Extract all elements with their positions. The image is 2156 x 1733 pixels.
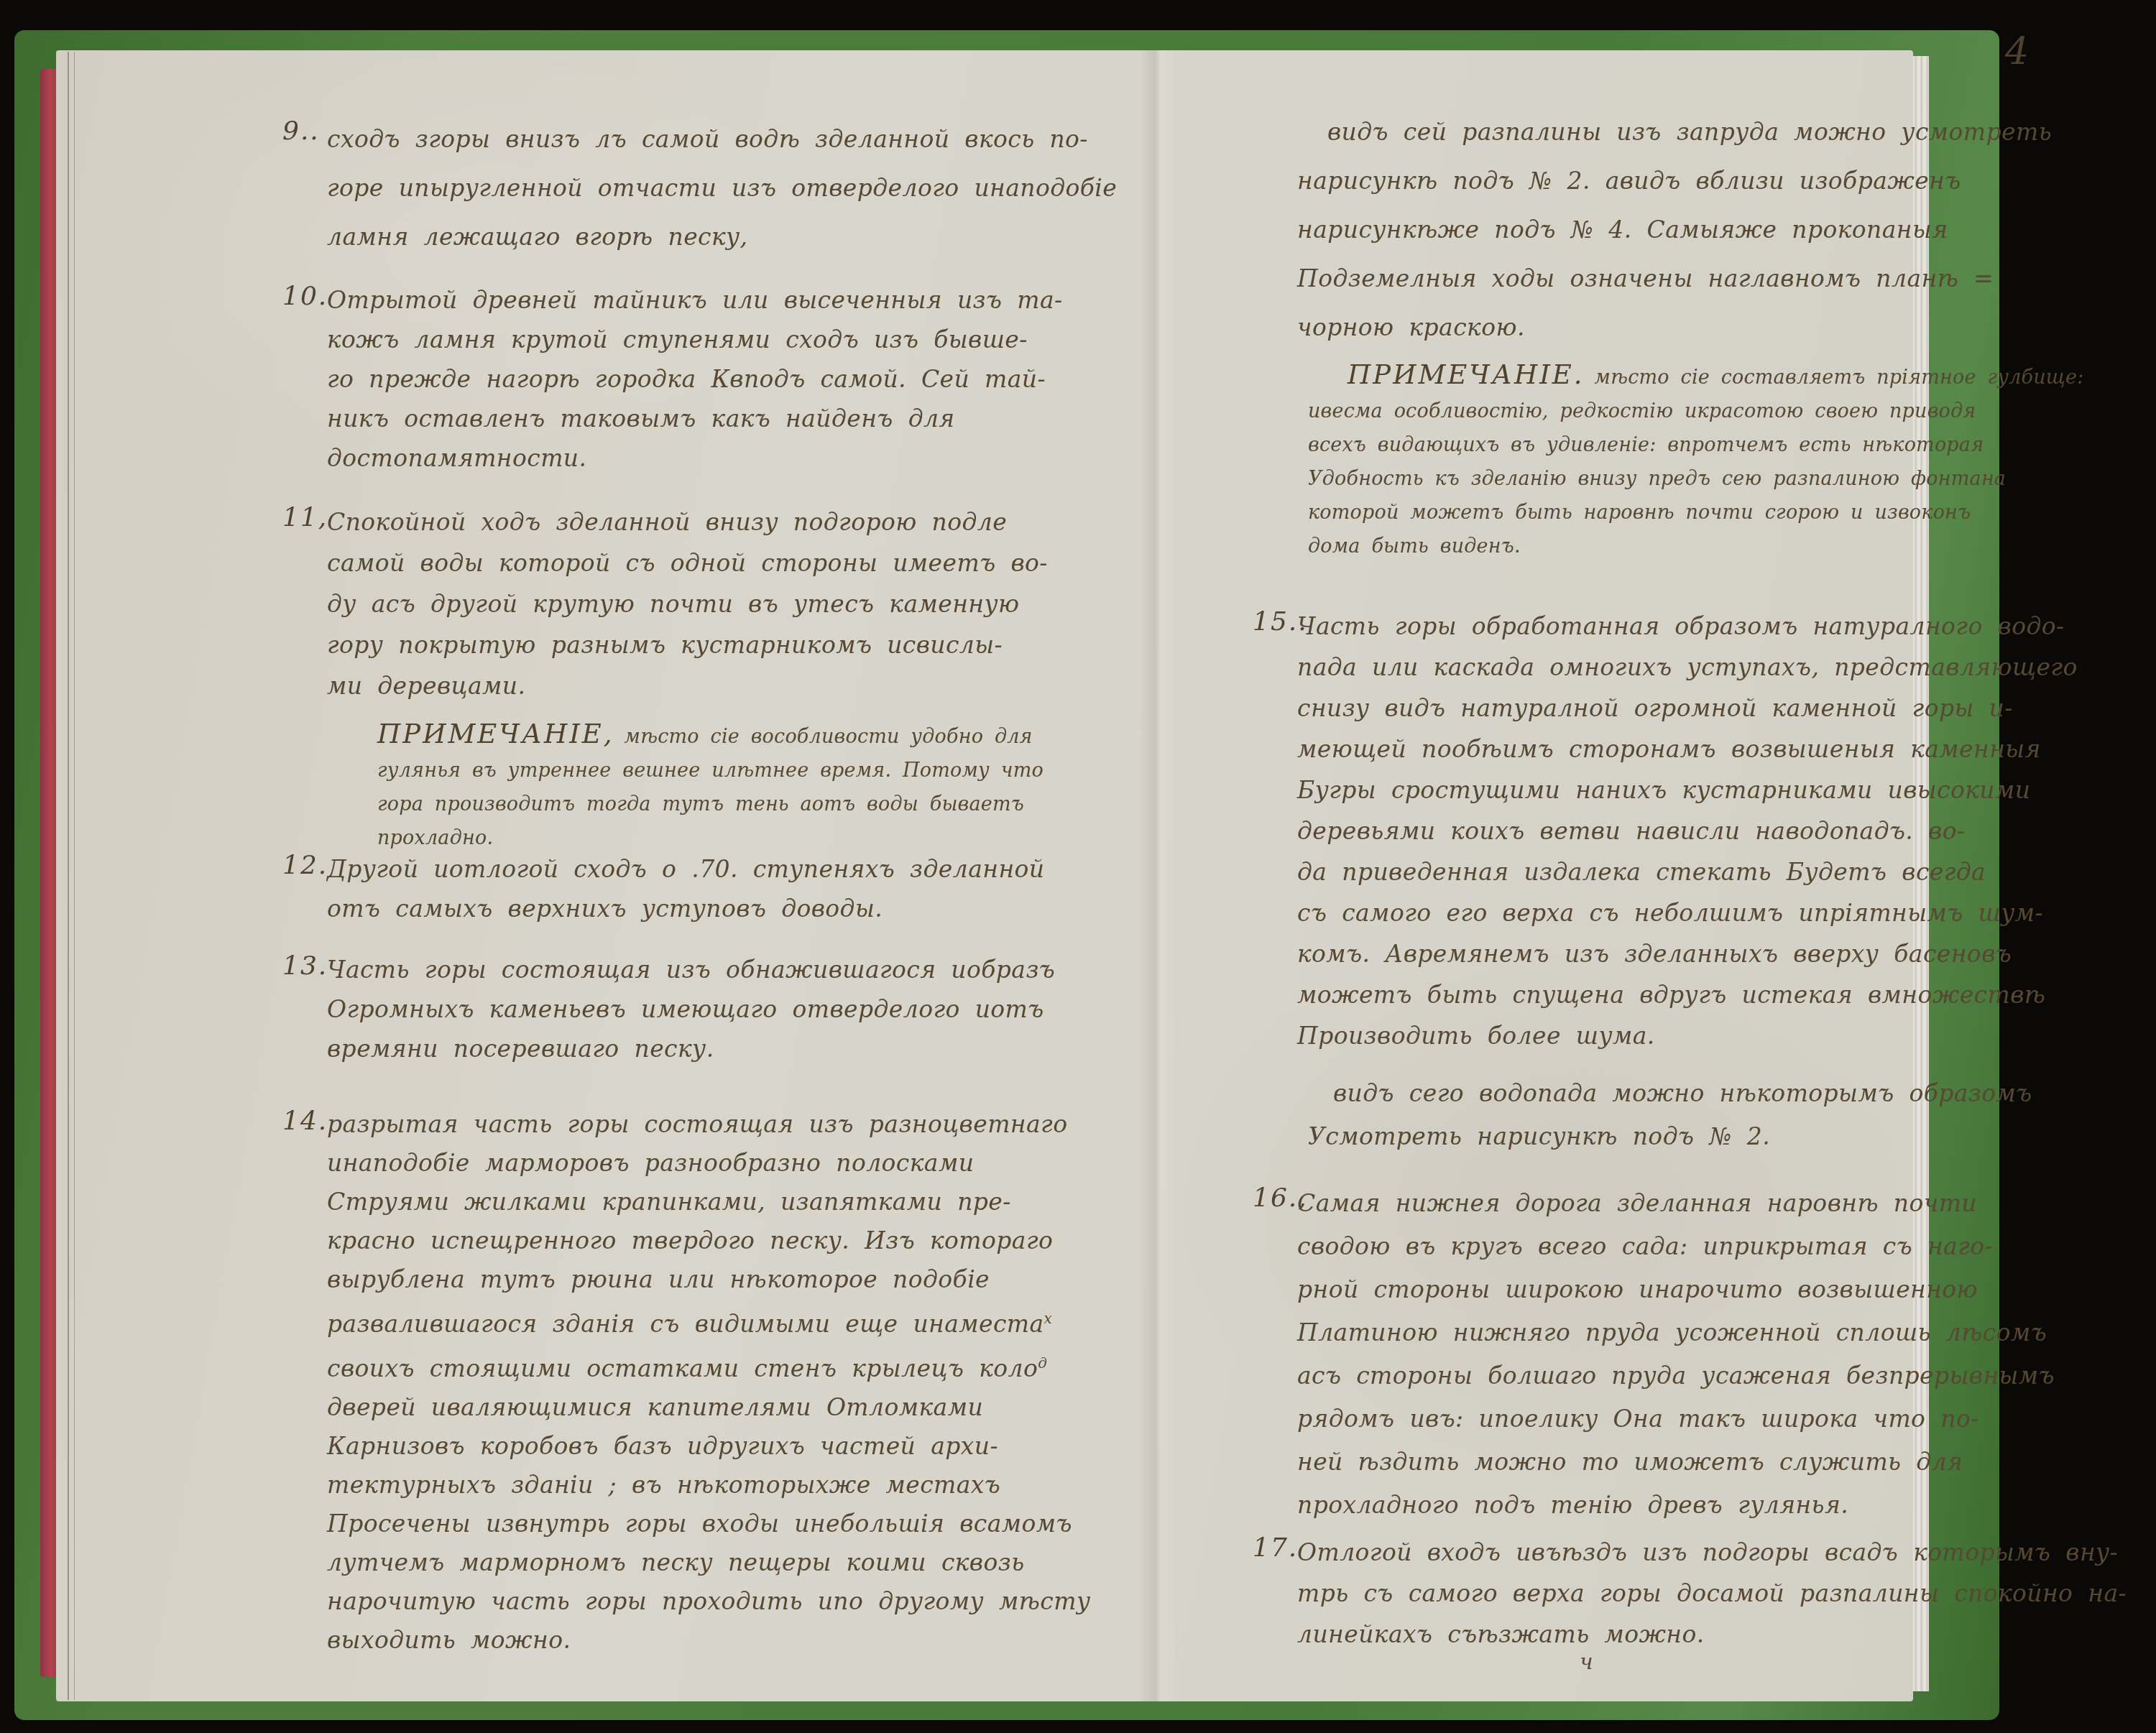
note-first-line: ПРИМЕЧАНІЕ,мѣсто сіе вособливости удобно… bbox=[377, 717, 1044, 754]
entry-17: 17. Отлогой входъ ивъѣздъ изъ подгоры вс… bbox=[1297, 1532, 2138, 1655]
note-label: ПРИМЕЧАНІЕ, bbox=[377, 718, 614, 749]
manuscript-line: пада или каскада омногихъ уступахъ, пред… bbox=[1297, 647, 2138, 688]
entry-9: 9.. сходъ згоры внизъ лъ самой водѣ здел… bbox=[327, 115, 1110, 262]
manuscript-line: Другой иотлогой сходъ о .70. ступеняхъ з… bbox=[327, 849, 1110, 889]
note-line: гулянья въ утреннее вешнее илѣтнее время… bbox=[377, 754, 1044, 787]
manuscript-line: можетъ быть спущена вдругъ истекая вмнож… bbox=[1297, 974, 2138, 1015]
manuscript-line: Усмотреть нарисункѣ подъ № 2. bbox=[1308, 1115, 2156, 1158]
entry-number: 15.. bbox=[1253, 607, 1308, 637]
entry-12: 12. Другой иотлогой сходъ о .70. ступеня… bbox=[327, 849, 1110, 928]
manuscript-line: рной стороны широкою инарочито возвышенн… bbox=[1297, 1268, 2138, 1311]
manuscript-line: Просечены извнутрь горы входы инебольшія… bbox=[327, 1505, 1110, 1543]
manuscript-line: инаподобіе марморовъ разнообразно полоск… bbox=[327, 1144, 1110, 1183]
manuscript-line: отъ самыхъ верхнихъ уступовъ доводы. bbox=[327, 889, 1110, 928]
manuscript-line: деревьями коихъ ветви нависли наводопадъ… bbox=[1297, 810, 2138, 851]
manuscript-line: кожъ ламня крутой ступенями сходъ изъ бы… bbox=[327, 320, 1110, 359]
gutter-shadow bbox=[1138, 50, 1176, 1701]
entry-15-reference: видъ сего водопада можно нѣкоторымъ обра… bbox=[1333, 1072, 2156, 1158]
manuscript-line: сводою въ кругъ всего сада: иприкрытая с… bbox=[1297, 1225, 2138, 1268]
manuscript-line: снизу видъ натуралной огромной каменной … bbox=[1297, 688, 2138, 729]
margin-rule-line bbox=[68, 52, 75, 1700]
manuscript-line: ней ѣздить можно то иможетъ служить для bbox=[1297, 1441, 2138, 1484]
manuscript-line: тектурныхъ зданіи ; въ нѣкоторыхже места… bbox=[327, 1466, 1110, 1505]
entry-number: 12. bbox=[282, 851, 328, 880]
manuscript-line: Самая нижнея дорога зделанная наровнѣ по… bbox=[1297, 1182, 2138, 1225]
superscript-letter: х bbox=[1044, 1310, 1053, 1327]
manuscript-line: го прежде нагорѣ городка Квподъ самой. С… bbox=[327, 359, 1110, 399]
note-label: ПРИМЕЧАНІЕ. bbox=[1347, 359, 1585, 390]
manuscript-line: нарисункѣже подъ № 4. Самыяже прокопаныя bbox=[1297, 205, 2138, 254]
note-text: мѣсто сіе вособливости удобно для bbox=[625, 726, 1033, 748]
entry-number: 11, bbox=[282, 503, 328, 532]
manuscript-line: лутчемъ марморномъ песку пещеры коими ск… bbox=[327, 1543, 1110, 1582]
right-note: ПРИМЕЧАНІЕ.мѣсто сіе составляетъ пріятно… bbox=[1347, 358, 2084, 563]
entry-14: 14. разрытая часть горы состоящая изъ ра… bbox=[327, 1105, 1110, 1660]
entry-10: 10. Отрытой древней тайникъ или высеченн… bbox=[327, 280, 1110, 478]
note-line: дома быть виденъ. bbox=[1308, 530, 2084, 563]
manuscript-line: чорною краскою. bbox=[1297, 303, 2138, 352]
note-line: гора производитъ тогда тутъ тень аотъ во… bbox=[377, 787, 1044, 821]
manuscript-line: съ самого его верха съ неболшимъ ипріятн… bbox=[1297, 892, 2138, 933]
entry-number: 14. bbox=[282, 1106, 328, 1136]
manuscript-line: трь съ самого верха горы досамой разпали… bbox=[1297, 1573, 2138, 1614]
manuscript-line: асъ стороны болшаго пруда усаженая безпр… bbox=[1297, 1354, 2138, 1397]
superscript-letter: д bbox=[1038, 1354, 1047, 1372]
manuscript-line: Струями жилками крапинками, изапятками п… bbox=[327, 1183, 1110, 1221]
manuscript-line: выходить можно. bbox=[327, 1621, 1110, 1660]
note-line: Удобность къ зделанію внизу предъ сею ра… bbox=[1308, 462, 2084, 496]
page-number: 4 bbox=[2005, 30, 2029, 73]
manuscript-line: гору покрытую разнымъ кустарникомъ исвис… bbox=[327, 624, 1110, 665]
manuscript-line: достопамятности. bbox=[327, 438, 1110, 478]
manuscript-scan: 9.. сходъ згоры внизъ лъ самой водѣ здел… bbox=[0, 0, 2156, 1733]
entry-11: 11, Спокойной ходъ зделанной внизу подго… bbox=[327, 502, 1110, 706]
entry-number: 9.. bbox=[282, 116, 320, 146]
note-text: мѣсто сіе составляетъ пріятное гулбище: bbox=[1595, 366, 2084, 389]
manuscript-line: ми деревцами. bbox=[327, 665, 1110, 706]
manuscript-line: ду асъ другой крутую почти въ утесъ каме… bbox=[327, 583, 1110, 624]
manuscript-line: красно испещренного твердого песку. Изъ … bbox=[327, 1221, 1110, 1260]
line-text: своихъ стоящими остатками стенъ крылецъ … bbox=[327, 1354, 1038, 1382]
manuscript-line: своихъ стоящими остатками стенъ крылецъ … bbox=[327, 1344, 1110, 1388]
entry-14-continuation: видъ сей разпалины изъ запруда можно усм… bbox=[1297, 108, 2138, 352]
manuscript-line: да приведенная издалека стекать Будетъ в… bbox=[1297, 851, 2138, 892]
manuscript-line: Спокойной ходъ зделанной внизу подгорою … bbox=[327, 502, 1110, 542]
catchword: ч bbox=[1580, 1650, 1593, 1675]
manuscript-line: комъ. Авремянемъ изъ зделанныхъ вверху б… bbox=[1297, 933, 2138, 974]
manuscript-line: прохладного подъ тенію древъ гулянья. bbox=[1297, 1484, 2138, 1527]
entry-15: 15.. Часть горы обработанная образомъ на… bbox=[1297, 606, 2138, 1056]
manuscript-line: Бугры сростущими нанихъ кустарниками ивы… bbox=[1297, 770, 2138, 810]
manuscript-line: развалившагося зданія съ видимыми еще ин… bbox=[327, 1299, 1110, 1344]
entry-number: 17. bbox=[1253, 1533, 1298, 1563]
entry-number: 16., bbox=[1253, 1183, 1308, 1213]
note-line: которой можетъ быть наровнѣ почти сгорою… bbox=[1308, 496, 2084, 530]
note-first-line: ПРИМЕЧАНІЕ.мѣсто сіе составляетъ пріятно… bbox=[1347, 358, 2084, 394]
manuscript-line: рядомъ ивъ: ипоелику Она такъ широка что… bbox=[1297, 1397, 2138, 1441]
manuscript-line: самой воды которой съ одной стороны имее… bbox=[327, 542, 1110, 583]
manuscript-line: Отлогой входъ ивъѣздъ изъ подгоры всадъ … bbox=[1297, 1532, 2138, 1573]
manuscript-line: Производить более шума. bbox=[1297, 1015, 2138, 1056]
manuscript-line: сходъ згоры внизъ лъ самой водѣ зделанно… bbox=[327, 115, 1110, 164]
entry-13: 13. Часть горы состоящая изъ обнажившаго… bbox=[327, 950, 1110, 1068]
note-line: ивесма особливостію, редкостію икрасотою… bbox=[1308, 394, 2084, 428]
entry-number: 13. bbox=[282, 951, 328, 981]
manuscript-line: меющей пообѣимъ сторонамъ возвышеныя кам… bbox=[1297, 729, 2138, 770]
manuscript-line: Отрытой древней тайникъ или высеченныя и… bbox=[327, 280, 1110, 320]
manuscript-line: ламня лежащаго вгорѣ песку, bbox=[327, 213, 1110, 262]
manuscript-line: Подземелныя ходы означены наглавномъ пла… bbox=[1297, 254, 2138, 303]
manuscript-line: дверей иваляющимися капителями Отломками bbox=[327, 1388, 1110, 1427]
manuscript-line: Часть горы состоящая изъ обнажившагося и… bbox=[327, 950, 1110, 989]
manuscript-line: линейкахъ съѣзжать можно. bbox=[1297, 1614, 2138, 1655]
manuscript-line: никъ оставленъ таковымъ какъ найденъ для bbox=[327, 399, 1110, 438]
manuscript-line: видъ сей разпалины изъ запруда можно усм… bbox=[1297, 108, 2138, 157]
manuscript-line: Часть горы обработанная образомъ натурал… bbox=[1297, 606, 2138, 647]
manuscript-line: Огромныхъ каменьевъ имеющаго отверделого… bbox=[327, 989, 1110, 1029]
manuscript-line: нарочитую часть горы проходить ипо друго… bbox=[327, 1582, 1110, 1621]
manuscript-line: видъ сего водопада можно нѣкоторымъ обра… bbox=[1333, 1072, 2156, 1115]
entry-16: 16., Самая нижнея дорога зделанная наров… bbox=[1297, 1182, 2138, 1527]
left-note: ПРИМЕЧАНІЕ,мѣсто сіе вособливости удобно… bbox=[377, 717, 1044, 855]
note-line: всехъ видающихъ въ удивленіе: впротчемъ … bbox=[1308, 428, 2084, 462]
manuscript-line: разрытая часть горы состоящая изъ разноц… bbox=[327, 1105, 1110, 1144]
manuscript-line: горе ипыругленной отчасти изъ отверделог… bbox=[327, 164, 1110, 213]
manuscript-line: вырублена тутъ рюина или нѣкоторое подоб… bbox=[327, 1260, 1110, 1299]
line-text: развалившагося зданія съ видимыми еще ин… bbox=[327, 1310, 1044, 1338]
manuscript-line: Платиною нижняго пруда усоженной сплошь … bbox=[1297, 1311, 2138, 1354]
manuscript-line: времяни посеревшаго песку. bbox=[327, 1029, 1110, 1068]
entry-number: 10. bbox=[282, 282, 328, 311]
manuscript-line: нарисункѣ подъ № 2. авидъ вблизи изображ… bbox=[1297, 157, 2138, 205]
manuscript-line: Карнизовъ коробовъ базъ идругихъ частей … bbox=[327, 1427, 1110, 1466]
